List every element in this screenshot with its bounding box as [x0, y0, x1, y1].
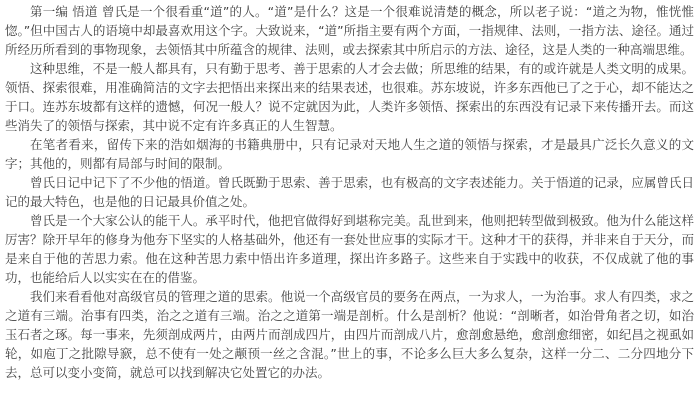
paragraph-diary: 曾氏日记中记下了不少他的悟道。曾氏既勤于思索、善于思索，也有极高的文字表述能力。… [5, 173, 694, 211]
paragraph-thinking: 这种思维，不是一般人都具有，只有勤于思考、善于思索的人才会去做；所思维的结果，有… [5, 59, 694, 135]
paragraph-capability: 曾氏是一个大家公认的能干人。承平时代，他把官做得好到堪称完美。乱世到来，他则把转… [5, 211, 694, 287]
paragraph-books: 在笔者看来，留传下来的浩如烟海的书籍典册中，只有记录对天地人生之道的领悟与探索，… [5, 135, 694, 173]
paragraph-opening-daolun: 第一编 悟道 曾氏是一个很看重“道”的人。“道”是什么？这是一个很难说清楚的概念… [5, 2, 694, 59]
paragraph-management: 我们来看看他对高级官员的管理之道的思索。他说一个高级官员的要务在两点，一为求人，… [5, 287, 694, 382]
document-page: 第一编 悟道 曾氏是一个很看重“道”的人。“道”是什么？这是一个很难说清楚的概念… [0, 0, 700, 400]
